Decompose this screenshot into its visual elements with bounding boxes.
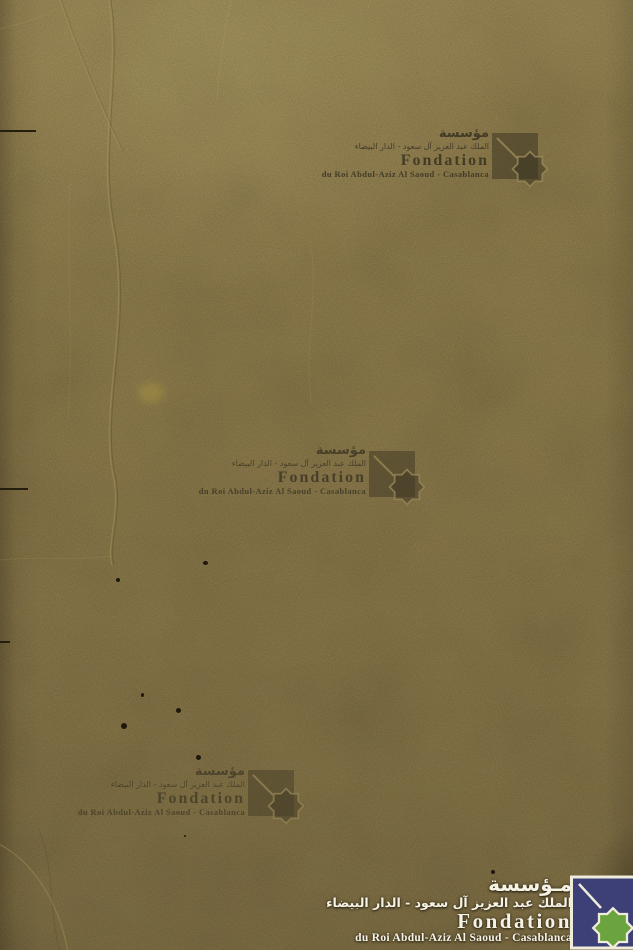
stamp-title-arabic: مؤسسة bbox=[58, 764, 245, 779]
stitch-mark bbox=[0, 130, 36, 132]
ink-dot bbox=[196, 755, 201, 760]
footer-fondation-logo: مـؤسسة الملك عبد العزيز آل سعود - الدار … bbox=[320, 874, 572, 945]
stamp-title-french: Fondation bbox=[180, 469, 366, 486]
scanned-page: { "colors": { "paper": "#7c6c42", "stamp… bbox=[0, 0, 633, 950]
stamp-title-french: Fondation bbox=[300, 152, 489, 169]
ink-dot bbox=[141, 693, 144, 697]
stamp-text-block: مؤسسة الملك عبد العزيز آل سعود - الدار ا… bbox=[300, 126, 489, 189]
ink-dot bbox=[121, 723, 127, 729]
stamp-subtitle-french: du Roi Abdul-Aziz Al Saoud - Casablanca bbox=[180, 486, 366, 497]
footer-logo-title-arabic: مـؤسسة bbox=[320, 874, 572, 895]
stamp-title-french: Fondation bbox=[58, 790, 245, 807]
stitch-mark bbox=[0, 641, 10, 643]
stamp-text-block: مؤسسة الملك عبد العزيز آل سعود - الدار ا… bbox=[58, 764, 245, 826]
ink-dot bbox=[203, 561, 208, 565]
kraft-paper-background: مؤسسة الملك عبد العزيز آل سعود - الدار ا… bbox=[0, 0, 633, 950]
stitch-mark bbox=[0, 488, 28, 490]
fondation-stamp-logo-icon bbox=[492, 133, 548, 189]
fondation-stamp-logo-icon bbox=[248, 770, 304, 826]
stamp-title-arabic: مؤسسة bbox=[300, 126, 489, 141]
fondation-stamp-middle: مؤسسة الملك عبد العزيز آل سعود - الدار ا… bbox=[180, 443, 425, 507]
footer-logo-subtitle-arabic: الملك عبد العزيز آل سعود - الدار البيضاء bbox=[320, 895, 572, 910]
stamp-subtitle-arabic: الملك عبد العزيز آل سعود - الدار البيضاء bbox=[300, 141, 489, 152]
stamp-subtitle-arabic: الملك عبد العزيز آل سعود - الدار البيضاء bbox=[180, 458, 366, 469]
fondation-logo-icon bbox=[570, 874, 633, 950]
footer-logo-title-french: Fondation bbox=[320, 910, 572, 932]
ink-dot bbox=[184, 835, 186, 837]
fondation-stamp-logo-icon bbox=[369, 451, 425, 507]
stamp-subtitle-french: du Roi Abdul-Aziz Al Saoud - Casablanca bbox=[58, 807, 245, 818]
fondation-stamp-top: مؤسسة الملك عبد العزيز آل سعود - الدار ا… bbox=[300, 126, 548, 189]
ink-dot bbox=[176, 708, 181, 713]
stamp-subtitle-arabic: الملك عبد العزيز آل سعود - الدار البيضاء bbox=[58, 779, 245, 790]
fondation-stamp-bottom: مؤسسة الملك عبد العزيز آل سعود - الدار ا… bbox=[58, 764, 304, 826]
stamp-text-block: مؤسسة الملك عبد العزيز آل سعود - الدار ا… bbox=[180, 443, 366, 507]
paper-stain bbox=[138, 383, 164, 403]
stamp-subtitle-french: du Roi Abdul-Aziz Al Saoud - Casablanca bbox=[300, 169, 489, 180]
stamp-title-arabic: مؤسسة bbox=[180, 443, 366, 458]
footer-logo-subtitle-french: du Roi Abdul-Aziz Al Saoud - Casablanca bbox=[320, 932, 572, 945]
ink-dot bbox=[116, 578, 120, 582]
